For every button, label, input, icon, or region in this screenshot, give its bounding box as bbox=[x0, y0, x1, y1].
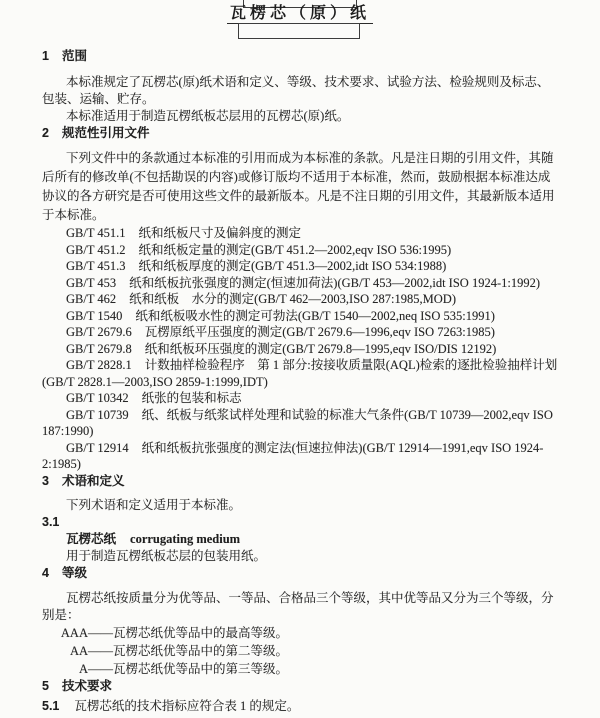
reference-code: GB/T 451.3 bbox=[66, 259, 139, 273]
reference-item: GB/T 462纸和纸板 水分的测定(GB/T 462—2003,ISO 287… bbox=[42, 291, 558, 308]
clause-5-1: 5.1瓦楞芯纸的技术指标应符合表 1 的规定。 bbox=[42, 698, 558, 715]
reference-code: GB/T 462 bbox=[66, 292, 129, 306]
reference-code: GB/T 2828.1 bbox=[66, 358, 145, 372]
reference-code: GB/T 2679.8 bbox=[66, 342, 145, 356]
grade-item-aaa: AAA——瓦楞芯纸优等品中的最高等级。 bbox=[42, 624, 558, 642]
reference-item: GB/T 1540纸和纸板吸水性的测定可勃法(GB/T 1540—2002,ne… bbox=[42, 308, 558, 325]
document-title-text: 瓦楞芯（原）纸 bbox=[227, 5, 373, 24]
reference-item: GB/T 12914纸和纸板抗张强度的测定法(恒速拉伸法)(GB/T 12914… bbox=[42, 440, 558, 473]
reference-item: GB/T 451.1纸和纸板尺寸及偏斜度的测定 bbox=[42, 225, 558, 242]
section-3-heading: 3术语和定义 bbox=[42, 473, 558, 490]
term-definition-text: 用于制造瓦楞纸板芯层的包装用纸。 bbox=[66, 548, 558, 565]
reference-item: GB/T 10739纸、纸板与纸浆试样处理和试验的标准大气条件(GB/T 107… bbox=[42, 407, 558, 440]
reference-item: GB/T 2679.8纸和纸板环压强度的测定(GB/T 2679.8—1995,… bbox=[42, 341, 558, 358]
section-3-title: 术语和定义 bbox=[62, 474, 125, 488]
grade-text: ——瓦楞芯纸优等品中的最高等级。 bbox=[88, 624, 288, 642]
section-1-number: 1 bbox=[42, 48, 49, 65]
grade-text: ——瓦楞芯纸优等品中的第二等级。 bbox=[88, 642, 288, 660]
term-definition-line: 瓦楞芯纸corrugating medium bbox=[66, 531, 558, 548]
reference-name: 纸张的包装和标志 bbox=[142, 391, 242, 405]
reference-item: GB/T 451.2纸和纸板定量的测定(GB/T 451.2—2002,eqv … bbox=[42, 242, 558, 259]
reference-name: 纸和纸板定量的测定(GB/T 451.2—2002,eqv ISO 536:19… bbox=[139, 243, 452, 257]
reference-name: 瓦楞原纸平压强度的测定(GB/T 2679.6—1996,eqv ISO 726… bbox=[145, 325, 495, 339]
reference-code: GB/T 10342 bbox=[66, 391, 142, 405]
grade-text: ——瓦楞芯纸优等品中的第三等级。 bbox=[88, 660, 288, 678]
section-5-title: 技术要求 bbox=[62, 679, 112, 693]
reference-code: GB/T 12914 bbox=[66, 441, 142, 455]
reference-item: GB/T 2828.1计数抽样检验程序 第 1 部分:按接收质量限(AQL)检索… bbox=[42, 357, 558, 390]
document-page: 瓦楞芯（原）纸 1范围 本标准规定了瓦楞芯(原)纸术语和定义、等级、技术要求、试… bbox=[0, 0, 600, 718]
reference-item: GB/T 453纸和纸板抗张强度的测定(恒速加荷法)(GB/T 453—2002… bbox=[42, 275, 558, 292]
section-5-number: 5 bbox=[42, 678, 49, 695]
grade-item-a: A——瓦楞芯纸优等品中的第三等级。 bbox=[42, 660, 558, 678]
reference-item: GB/T 451.3纸和纸板厚度的测定(GB/T 451.3—2002,idt … bbox=[42, 258, 558, 275]
term-chinese: 瓦楞芯纸 bbox=[66, 532, 130, 546]
section-2-intro: 下列文件中的条款通过本标准的引用而成为本标准的条款。凡是注日期的引用文件，其随后… bbox=[42, 149, 558, 225]
reference-item: GB/T 2679.6瓦楞原纸平压强度的测定(GB/T 2679.6—1996,… bbox=[42, 324, 558, 341]
title-box-bottom bbox=[238, 23, 360, 39]
reference-code: GB/T 1540 bbox=[66, 309, 135, 323]
section-1-heading: 1范围 bbox=[42, 48, 558, 65]
subclause-3-1-number: 3.1 bbox=[42, 514, 558, 531]
clause-5-1-text: 瓦楞芯纸的技术指标应符合表 1 的规定。 bbox=[74, 699, 299, 713]
reference-code: GB/T 451.2 bbox=[66, 243, 139, 257]
section-4-intro: 瓦楞芯纸按质量分为优等品、一等品、合格品三个等级，其中优等品又分为三个等级，分别… bbox=[42, 590, 558, 624]
grade-item-aa: AA——瓦楞芯纸优等品中的第二等级。 bbox=[42, 642, 558, 660]
reference-name: 纸和纸板厚度的测定(GB/T 451.3—2002,idt ISO 534:19… bbox=[139, 259, 447, 273]
section-2-number: 2 bbox=[42, 125, 49, 142]
section-2-title: 规范性引用文件 bbox=[62, 126, 150, 140]
reference-name: 纸和纸板 水分的测定(GB/T 462—2003,ISO 287:1985,MO… bbox=[129, 292, 456, 306]
section-1-paragraph-1: 本标准规定了瓦楞芯(原)纸术语和定义、等级、技术要求、试验方法、检验规则及标志、… bbox=[42, 74, 558, 108]
reference-name: 纸和纸板环压强度的测定(GB/T 2679.8—1995,eqv ISO/DIS… bbox=[145, 342, 497, 356]
document-content: 1范围 本标准规定了瓦楞芯(原)纸术语和定义、等级、技术要求、试验方法、检验规则… bbox=[42, 48, 558, 715]
section-4-heading: 4等级 bbox=[42, 565, 558, 582]
section-4-number: 4 bbox=[42, 565, 49, 582]
reference-code: GB/T 2679.6 bbox=[66, 325, 145, 339]
section-3-intro: 下列术语和定义适用于本标准。 bbox=[42, 497, 558, 514]
reference-code: GB/T 451.1 bbox=[66, 226, 139, 240]
grade-label: A bbox=[42, 660, 88, 678]
term-english: corrugating medium bbox=[130, 532, 240, 546]
reference-name: 纸和纸板抗张强度的测定(恒速加荷法)(GB/T 453—2002,idt ISO… bbox=[129, 276, 540, 290]
grade-label: AA bbox=[42, 642, 88, 660]
section-4-title: 等级 bbox=[62, 566, 87, 580]
reference-item: GB/T 10342纸张的包装和标志 bbox=[42, 390, 558, 407]
section-1-title: 范围 bbox=[62, 49, 87, 63]
clause-5-1-number: 5.1 bbox=[42, 698, 59, 715]
section-3-number: 3 bbox=[42, 473, 49, 490]
section-2-heading: 2规范性引用文件 bbox=[42, 125, 558, 142]
section-1-paragraph-2: 本标准适用于制造瓦楞纸板芯层用的瓦楞芯(原)纸。 bbox=[42, 108, 558, 125]
reference-code: GB/T 10739 bbox=[66, 408, 142, 422]
document-title: 瓦楞芯（原）纸 bbox=[0, 5, 600, 22]
reference-name: 纸和纸板吸水性的测定可勃法(GB/T 1540—2002,neq ISO 535… bbox=[135, 309, 495, 323]
reference-code: GB/T 453 bbox=[66, 276, 129, 290]
reference-name: 纸和纸板尺寸及偏斜度的测定 bbox=[139, 226, 302, 240]
grade-label: AAA bbox=[42, 624, 88, 642]
section-5-heading: 5技术要求 bbox=[42, 678, 558, 695]
